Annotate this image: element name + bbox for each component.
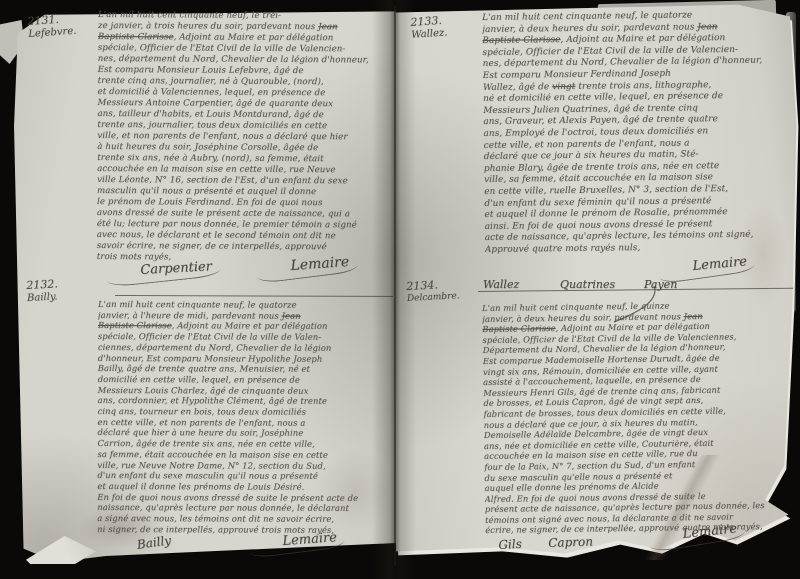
struck-text: Baptiste Clarisse (482, 35, 560, 46)
struck-text: Jean (318, 22, 338, 32)
struck-text: Baptiste Clarisse (482, 323, 555, 334)
struck-text: Baptiste Clarisse (98, 32, 174, 42)
act-margin-note-2133: 2133. Wallez. (410, 13, 448, 41)
text-segment: déclaré que ce jour à six heures du mati… (484, 149, 699, 162)
text-segment: Est comparu Monsieur Louis Lefebvre, âgé… (98, 65, 304, 76)
text-segment: avec nous, le déclarant et le second tém… (97, 230, 336, 241)
signature-lemaire-act3: Lemaire (692, 254, 748, 274)
text-segment: Est comparu Monsieur Ferdinand Joseph (483, 69, 671, 81)
signature-gils: Gils (498, 537, 522, 552)
text-segment: L'an mil huit cent cinquante neuf, le qu… (482, 10, 692, 23)
text-segment: ans, Graveur, et Alexis Payen, âgé de tr… (483, 114, 718, 127)
text-segment: et auquel il donne le prénom de Rosalie,… (484, 207, 727, 220)
act-text-2134: L'an mil huit cent cinquante neuf, le qu… (482, 299, 795, 537)
text-segment: ans, Employé de l'octroi, tous deux domi… (483, 126, 708, 139)
text-segment: , Adjoint au Maire et par délégation (174, 32, 334, 43)
text-segment: cinq ans, tourneur en bois, tous deux do… (98, 406, 306, 417)
text-segment: cette ville, et non parents de l'enfant,… (484, 138, 690, 151)
struck-text: Jean (697, 22, 717, 32)
signature-flourish-curl (610, 284, 658, 326)
text-segment: en cette ville, et non parents de l'enfa… (98, 417, 306, 428)
struck-text: Baptiste Clarisse (98, 320, 172, 330)
text-segment: le prénom de Louis Ferdinand. En foi de … (97, 197, 323, 208)
struck-text: Jean (282, 310, 301, 320)
signature-carpentier: Carpentier (140, 259, 212, 278)
text-segment: ans, cordonnier, et Hypolithe Clément, â… (98, 395, 327, 406)
text-segment: trente cinq ans, journalier, né à Quarou… (98, 76, 324, 87)
text-segment: , Adjoint au Maire et par délégation (172, 321, 328, 332)
text-segment: ciennes, département du Nord, Chevalier … (98, 342, 332, 353)
act-text-2133: L'an mil huit cent cinquante neuf, le qu… (482, 9, 795, 259)
act-margin-note-2132: 2132. Bailly. (26, 277, 59, 305)
text-segment: En foi de quoi nous avons dressé de suit… (97, 492, 358, 503)
signature-lemaire-act1: Lemaire (290, 254, 350, 274)
text-segment: spéciale, Officier de l'Etat Civil de la… (98, 43, 346, 54)
text-segment: en cette ville, ruelle Bruxelles, N° 3, … (484, 184, 728, 197)
text-segment: et domicilié à Valenciennes, lequel, en … (98, 87, 326, 98)
text-segment: avons dressé de suite le présent acte de… (97, 208, 350, 219)
text-segment: trente ans, journalier, tous deux domici… (97, 120, 327, 131)
signature-lemaire-act2: Lemaire (282, 530, 337, 549)
act-text-2132: L'an mil huit cent cinquante neuf, le qu… (97, 299, 394, 537)
text-segment: L'an mil huit cent cinquante neuf, le qu… (98, 299, 297, 310)
signature-wallez: Wallez (483, 278, 519, 291)
text-segment: trente six ans, née à Aubry, (nord), sa … (97, 153, 324, 164)
act-surname: Delcambre. (407, 290, 460, 306)
text-segment: nes, département du Nord, Chevalier de l… (483, 56, 763, 69)
text-segment: Approuvé quatre mots rayés nuls, (485, 243, 641, 255)
text-segment: nes, département du Nord, Chevalier de l… (98, 54, 369, 65)
text-segment: sa femme, était accouchée en la maison s… (97, 449, 328, 460)
text-segment: d'un enfant du sexe féminin qu'il nous a… (484, 196, 711, 209)
act-text-2131: L'an mil huit cent cinquante neuf, le tr… (97, 10, 394, 268)
struck-text: vingt (552, 81, 575, 91)
text-segment: trente trois ans, lithographe, (575, 80, 711, 92)
text-segment: d'un enfant du sexe masculin qu'il nous … (97, 470, 318, 481)
text-segment: a signé avec nous, les témoins ont dit n… (97, 513, 334, 524)
text-segment: Bailly, âgé de trente quatre ans, Menuis… (98, 363, 310, 374)
text-segment: ze janvier, à trois heures du soir, pard… (98, 21, 318, 32)
act-surname: Bailly. (27, 290, 59, 305)
text-segment: naissance, qu'après lecture par nous don… (97, 502, 349, 513)
text-segment: né et domicilié en cette ville, lequel, … (483, 91, 723, 104)
text-segment: à huit heures du soir, Joséphine Corsoll… (97, 142, 318, 153)
text-segment: accouchée en la maison sise en cette vil… (97, 164, 335, 175)
text-segment: Messieurs Louis Charlez, âgé de cinquant… (98, 385, 309, 396)
act-surname: Wallez. (411, 26, 448, 41)
text-segment: et auquel il donne les prénoms de Louis … (97, 481, 304, 492)
struck-text: Jean (684, 311, 703, 321)
text-segment: ans, tailleur d'habits, et Louis Montdur… (97, 109, 323, 120)
text-segment: ville, sa femme, était accouchée en la m… (484, 173, 713, 186)
text-segment: Messieurs Julien Quatrines, âgé de trent… (483, 103, 698, 116)
text-segment: ainsi. En foi de quoi nous avons dressé … (485, 219, 713, 232)
act-margin-note-2134: 2134. Delcambre. (406, 277, 460, 306)
text-segment: trois mots rayés, (97, 252, 172, 262)
text-segment: janvier, à deux heures du soir, pardevan… (482, 22, 697, 35)
text-segment: janvier, à l'heure de midi, pardevant no… (98, 310, 282, 321)
scanned-register-photo: 2131. Lefebvre. 2132. Bailly. 2133. Wall… (0, 0, 800, 579)
text-segment: , Adjoint au Maire et par délégation (560, 33, 725, 45)
text-segment: Messieurs Antoine Carpentier, âgé de qua… (97, 98, 333, 109)
text-segment: masculin qu'il nous a présenté et auquel… (97, 186, 316, 197)
text-segment: savoir écrire, ne signer, de ce interpel… (97, 241, 327, 252)
text-segment: domicilié en cette ville, lequel, en pré… (98, 374, 300, 385)
signature-quatrines: Quatrines (560, 278, 615, 291)
manuscript-line: Approuvé quatre mots rayés nuls, (485, 241, 795, 256)
text-segment: Wallez, âgé de (483, 82, 552, 93)
text-segment: ville, et non parents de l'enfant, nous … (97, 131, 347, 142)
text-segment: ville Léonte, N° 16, section de l'Est, d… (97, 175, 348, 186)
act-margin-note-2131: 2131. Lefebvre. (27, 12, 77, 41)
text-segment: ville, rue Neuve Notre Dame, N° 12, sect… (97, 460, 325, 471)
manuscript-line: ni signer, de ce interpellés, approuvé t… (97, 524, 393, 536)
text-segment: d'honneur, Est comparu Monsieur Hypolith… (98, 353, 323, 364)
signature-capron: Capron (548, 534, 593, 550)
text-segment: phanie Blary, âgée de trente trois ans, … (484, 161, 719, 174)
text-segment: Carrion, âgée de trente six ans, née en … (97, 438, 314, 449)
text-segment: spéciale, Officier de l'Etat Civil de la… (98, 331, 321, 342)
text-segment: été lu; lecture par nous donnée, le prem… (97, 219, 357, 230)
text-segment: L'an mil huit cent cinquante neuf, le tr… (98, 10, 281, 21)
text-segment: déclaré que hier à une heure du soir, Jo… (98, 427, 304, 438)
text-segment: acte de naissance, qu'après lecture, les… (485, 230, 754, 243)
